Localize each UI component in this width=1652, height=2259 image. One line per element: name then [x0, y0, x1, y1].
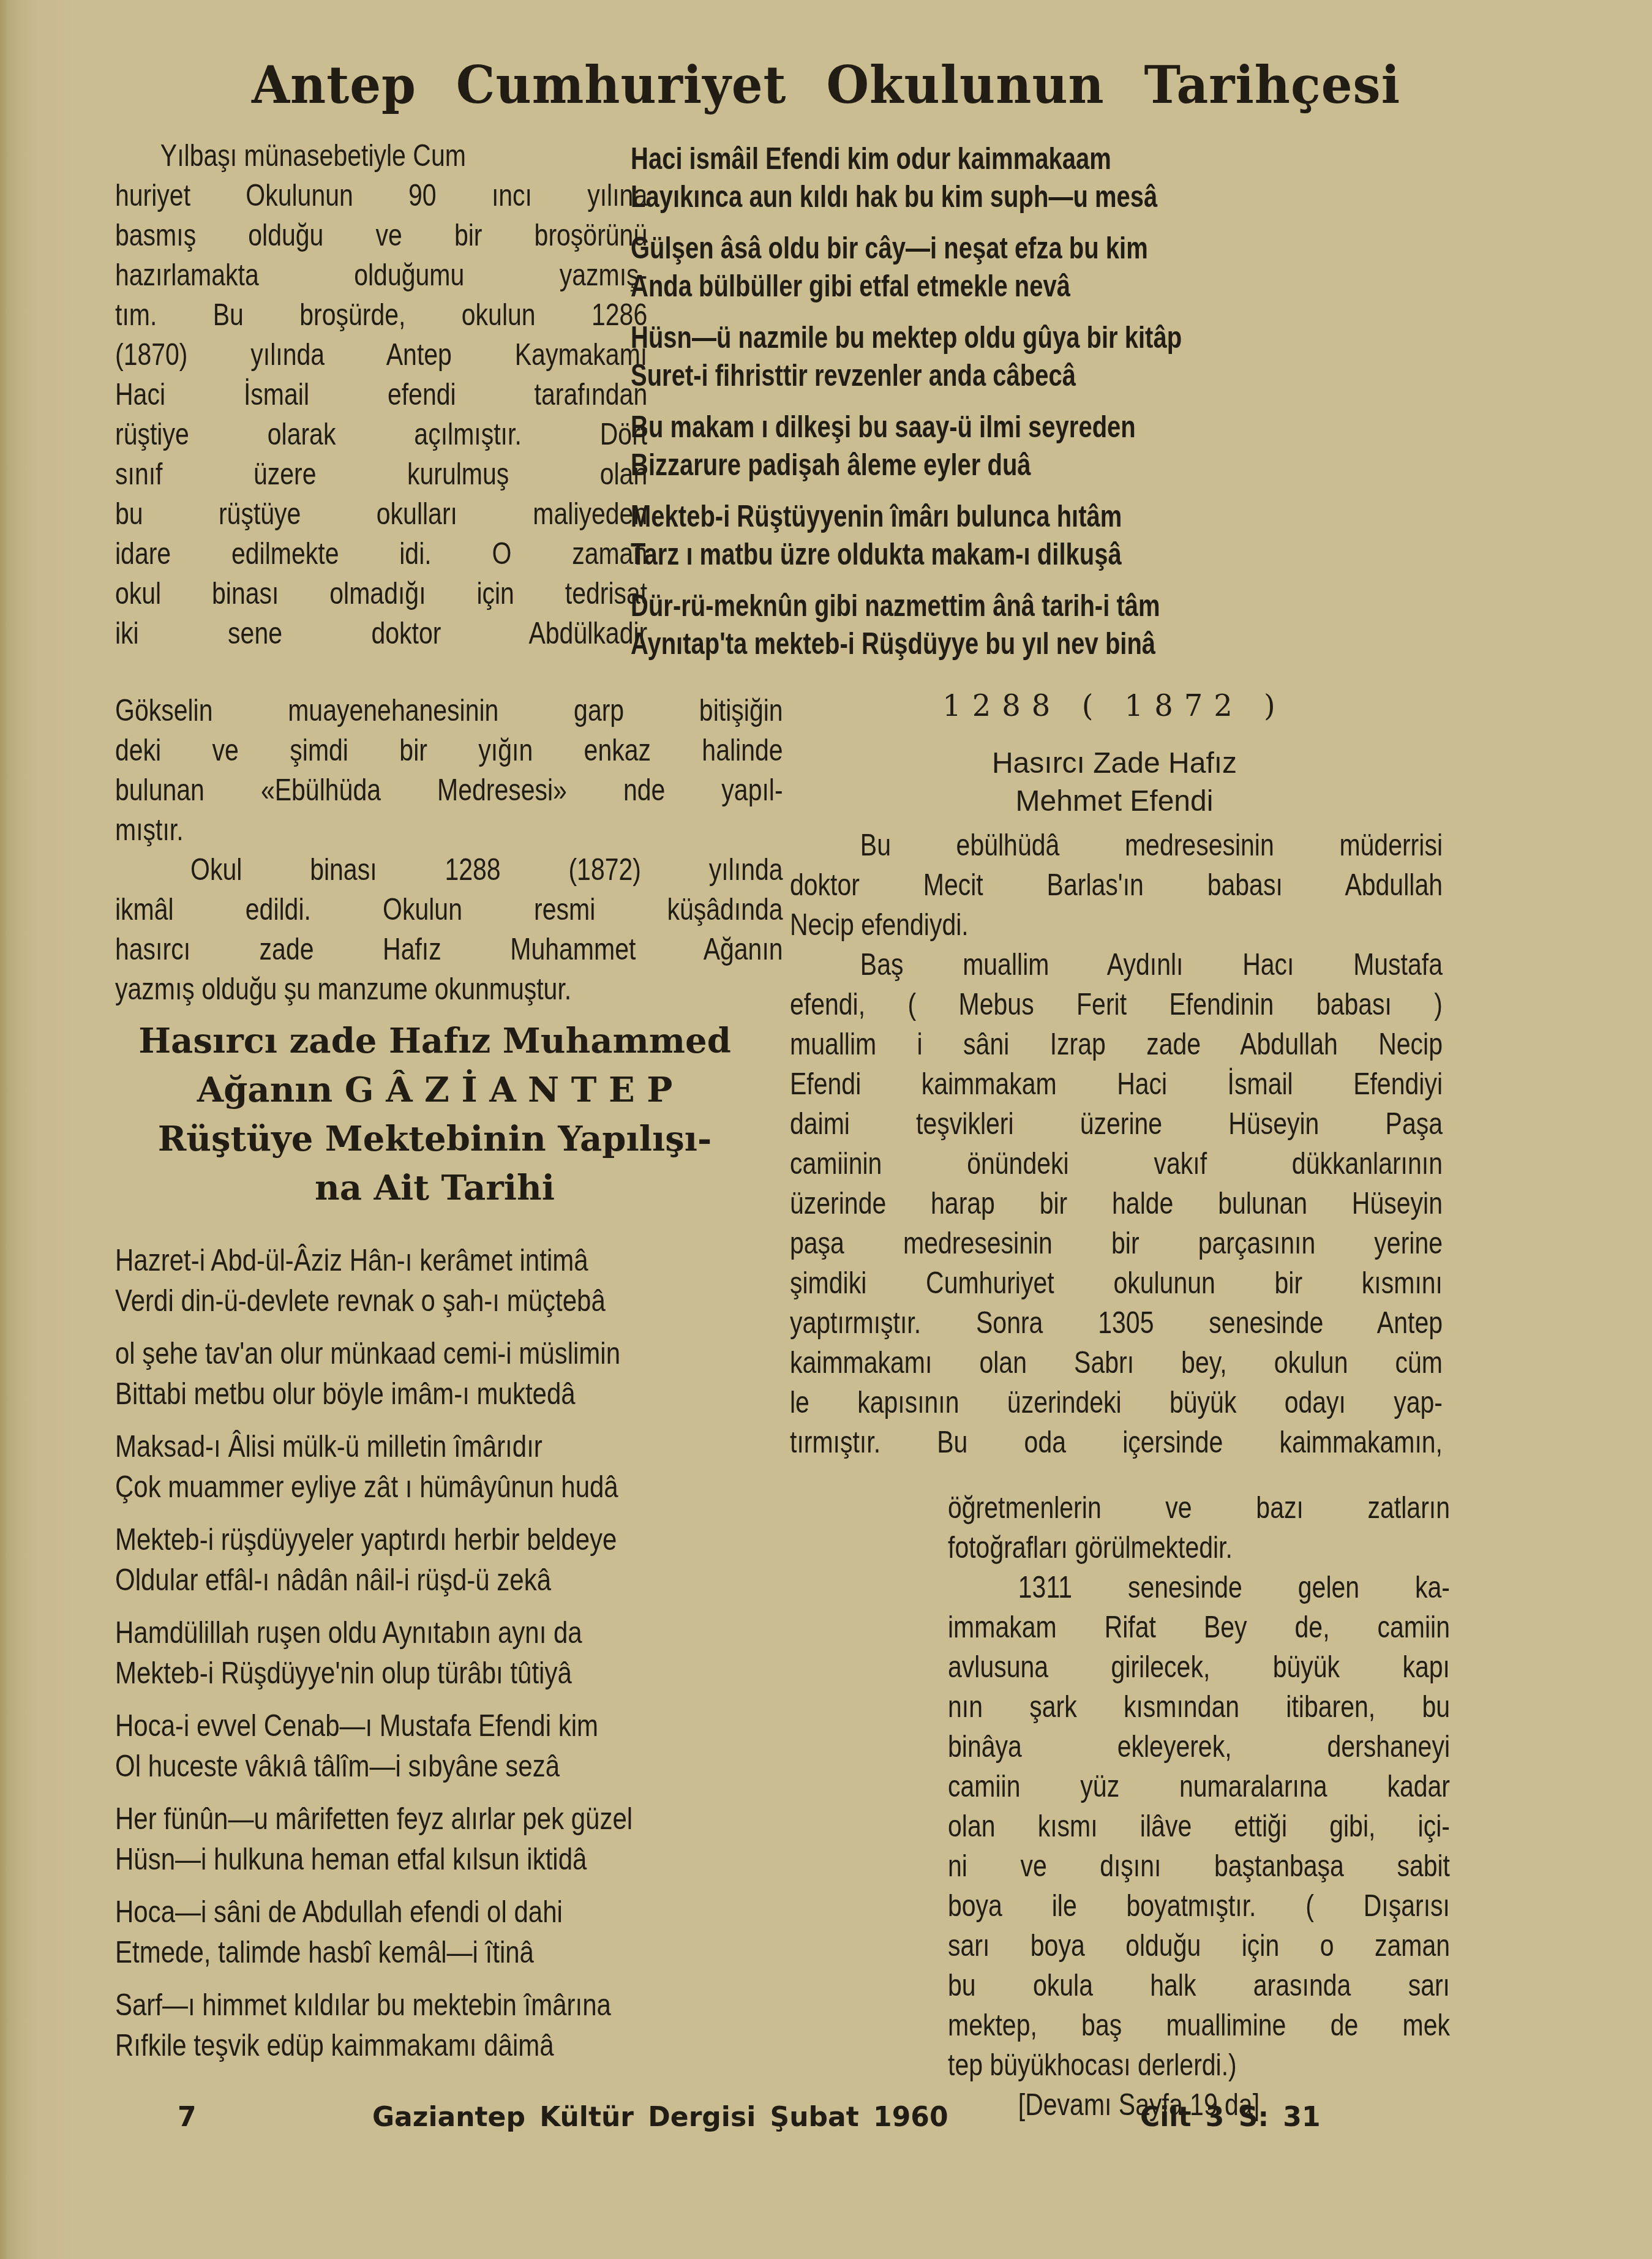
text-line: avlusuna girilecek, büyük kapı [948, 1647, 1450, 1687]
signature-name-line1: Hasırcı Zade Hafız [790, 745, 1439, 783]
stanza: Bu makam ı dilkeşi bu saay-ü ilmi seyred… [631, 408, 1182, 484]
text-line: tım. Bu broşürde, okulun 1286 [115, 295, 647, 335]
intro-paragraph: Yılbaşı münasebetiyle Cum huriyet Okulun… [115, 136, 647, 653]
text-line: 1311 senesinde gelen ka- [948, 1568, 1450, 1607]
heading-line: na Ait Tarihi [110, 1163, 759, 1212]
verse-line: Verdi din-ü-devlete revnak o şah-ı müçte… [115, 1280, 633, 1321]
text-line: deki ve şimdi bir yığın enkaz halinde [115, 731, 783, 770]
text-line: öğretmenlerin ve bazı zatların [948, 1488, 1450, 1528]
text-line: hasırcı zade Hafız Muhammet Ağanın [115, 930, 783, 969]
verse-line: Mekteb-i Rüşdüyye'nin olup türâbı tûtiyâ [115, 1653, 633, 1693]
continuation-paragraph: Gökselin muayenehanesinin garp bitişiğin… [115, 691, 783, 1009]
verse-line: Aynıtap'ta mekteb-i Rüşdüyye bu yıl nev … [631, 625, 1182, 663]
stanza: Sarf—ı himmet kıldılar bu mektebin îmârı… [115, 1985, 633, 2065]
verse-line: Sarf—ı himmet kıldılar bu mektebin îmârı… [115, 1985, 633, 2025]
text-line: camiin yüz numaralarına kadar [948, 1767, 1450, 1806]
verse-line: Oldular etfâl-ı nâdân nâil-i rüşd-ü zekâ [115, 1560, 633, 1600]
text-line: (1870) yılında Antep Kaymakamı [115, 335, 647, 375]
stanza: Haci ismâil Efendi kim odur kaimmakaamLa… [631, 140, 1182, 216]
section-heading: Hasırcı zade Hafız Muhammed Ağanın G Â Z… [110, 1017, 759, 1212]
verse-line: Rıfkile teşvik edüp kaimmakamı dâimâ [115, 2025, 633, 2065]
text-line: tırmıştır. Bu oda içersinde kaimmakamın, [790, 1423, 1443, 1462]
text-line: okul binası olmadığı için tedrisat [115, 574, 647, 614]
text-line: yazmış olduğu şu manzume okunmuştur. [115, 969, 783, 1009]
stanza: Hoca—i sâni de Abdullah efendi ol dahiEt… [115, 1892, 633, 1972]
text-line: boya ile boyatmıştır. ( Dışarısı [948, 1886, 1450, 1926]
stanza: Gülşen âsâ oldu bir cây—i neşat efza bu … [631, 229, 1182, 305]
stanza: ol şehe tav'an olur münkaad cemi-i müsli… [115, 1333, 633, 1414]
text-line: Okul binası 1288 (1872) yılında [115, 850, 783, 890]
text-line: bu rüştüye okulları maliyeden [115, 494, 647, 534]
text-line: Haci İsmail efendi tarafından [115, 375, 647, 415]
signature-block: 1288 ( 1872 ) Hasırcı Zade Hafız Mehmet … [790, 685, 1439, 821]
text-line: Yılbaşı münasebetiyle Cum [115, 136, 647, 176]
verse-line: Etmede, talimde hasbî kemâl—i îtinâ [115, 1932, 633, 1972]
verse-line: Maksad-ı Âlisi mülk-ü milletin îmârıdır [115, 1426, 633, 1467]
verse-line: Hazret-i Abd-ül-Âziz Hân-ı kerâmet intim… [115, 1240, 633, 1280]
text-line: efendi, ( Mebus Ferit Efendinin babası ) [790, 985, 1443, 1024]
stanza: Dür-rü-meknûn gibi nazmettim ânâ tarih-i… [631, 587, 1182, 663]
volume-issue: Cilt 3 S: 31 [1140, 2102, 1321, 2133]
poem-top-right: Haci ismâil Efendi kim odur kaimmakaamLa… [631, 140, 1182, 676]
text-line: idare edilmekte idi. O zaman [115, 534, 647, 574]
verse-line: Hamdülillah ruşen oldu Aynıtabın aynı da [115, 1612, 633, 1653]
verse-line: Bittabi metbu olur böyle imâm-ı muktedâ [115, 1374, 633, 1414]
poem-left: Hazret-i Abd-ül-Âziz Hân-ı kerâmet intim… [115, 1240, 633, 2078]
verse-line: Hüsn—ü nazmile bu mektep oldu gûya bir k… [631, 318, 1182, 356]
publication-line: Gaziantep Kültür Dergisi Şubat 1960 [372, 2102, 948, 2133]
text-line: sarı boya olduğu için o zaman [948, 1926, 1450, 1966]
stanza: Hoca-i evvel Cenab—ı Mustafa Efendi kimO… [115, 1705, 633, 1786]
text-line: rüştiye olarak açılmıştır. Dört [115, 415, 647, 454]
verse-line: Hoca—i sâni de Abdullah efendi ol dahi [115, 1892, 633, 1932]
stanza: Hazret-i Abd-ül-Âziz Hân-ı kerâmet intim… [115, 1240, 633, 1321]
text-line: immakam Rifat Bey de, camiin [948, 1607, 1450, 1647]
text-line: basmış olduğu ve bir broşörünü [115, 216, 647, 255]
verse-line: ol şehe tav'an olur münkaad cemi-i müsli… [115, 1333, 633, 1374]
text-line: Necip efendiydi. [790, 905, 1443, 945]
verse-line: Mekteb-i rüşdüyyeler yaptırdı herbir bel… [115, 1519, 633, 1560]
right-body: Bu ebülhüdâ medresesinin müderrisi dokto… [790, 825, 1443, 1462]
text-line: hazırlamakta olduğumu yazmış- [115, 255, 647, 295]
text-line: camiinin önündeki vakıf dükkanlarının [790, 1144, 1443, 1184]
verse-line: Bizzarure padişah âleme eyler duâ [631, 446, 1182, 484]
verse-line: Anda bülbüller gibi etfal etmekle nevâ [631, 267, 1182, 305]
text-line: Gökselin muayenehanesinin garp bitişiğin [115, 691, 783, 731]
text-line: mektep, baş muallimine de mek [948, 2005, 1450, 2045]
page-number: 7 [178, 2102, 197, 2133]
text-line: binâya ekleyerek, dershaneyi [948, 1727, 1450, 1767]
stanza: Maksad-ı Âlisi mülk-ü milletin îmârıdırÇ… [115, 1426, 633, 1507]
stanza: Hamdülillah ruşen oldu Aynıtabın aynı da… [115, 1612, 633, 1693]
text-line: Efendi kaimmakam Haci İsmail Efendiyi [790, 1064, 1443, 1104]
text-line: paşa medresesinin bir parçasının yerine [790, 1223, 1443, 1263]
text-line: muallim i sâni Izrap zade Abdullah Necip [790, 1024, 1443, 1064]
verse-line: Tarz ı matbu üzre oldukta makam-ı dilkuş… [631, 535, 1182, 573]
text-line: mıştır. [115, 810, 783, 850]
text-line: daimi teşvikleri üzerine Hüseyin Paşa [790, 1104, 1443, 1144]
text-line: tep büyükhocası derlerdi.) [948, 2045, 1450, 2085]
text-line: doktor Mecit Barlas'ın babası Abdullah [790, 865, 1443, 905]
verse-line: Suret-i fihristtir revzenler anda câbecâ [631, 356, 1182, 394]
text-line: bu okula halk arasında sarı [948, 1966, 1450, 2005]
stanza: Mekteb-i Rüştüyyenin îmârı bulunca hıtâm… [631, 497, 1182, 573]
right-body-narrow: öğretmenlerin ve bazı zatların fotoğrafl… [948, 1488, 1450, 2125]
signature-date: 1288 ( 1872 ) [790, 685, 1439, 727]
heading-line: Rüştüye Mektebinin Yapılışı- [110, 1114, 759, 1163]
page-title: Antep Cumhuriyet Okulunun Tarihçesi [0, 55, 1652, 116]
text-line: huriyet Okulunun 90 ıncı yılına [115, 176, 647, 216]
verse-line: Her fünûn—u mârifetten feyz alırlar pek … [115, 1799, 633, 1839]
text-line: şimdiki Cumhuriyet okulunun bir kısmını [790, 1263, 1443, 1303]
verse-line: Ol huceste vâkıâ tâlîm—i sıbyâne sezâ [115, 1746, 633, 1786]
text-line: Bu ebülhüdâ medresesinin müderrisi [790, 825, 1443, 865]
verse-line: Hoca-i evvel Cenab—ı Mustafa Efendi kim [115, 1705, 633, 1746]
text-line: le kapısının üzerindeki büyük odayı yap- [790, 1383, 1443, 1423]
text-line: nın şark kısmından itibaren, bu [948, 1687, 1450, 1727]
text-line: olan kısmı ilâve ettiği gibi, içi- [948, 1806, 1450, 1846]
verse-line: Çok muammer eyliye zât ı hümâyûnun hudâ [115, 1467, 633, 1507]
heading-line: Hasırcı zade Hafız Muhammed [110, 1017, 759, 1066]
text-line: ni ve dışını baştanbaşa sabit [948, 1846, 1450, 1886]
text-line: üzerinde harap bir halde bulunan Hüseyin [790, 1184, 1443, 1223]
text-line: kaimmakamı olan Sabrı bey, okulun cüm [790, 1343, 1443, 1383]
text-line: yaptırmıştır. Sonra 1305 senesinde Antep [790, 1303, 1443, 1343]
stanza: Her fünûn—u mârifetten feyz alırlar pek … [115, 1799, 633, 1879]
verse-line: Hüsn—i hulkuna heman etfal kılsun iktidâ [115, 1839, 633, 1879]
stanza: Hüsn—ü nazmile bu mektep oldu gûya bir k… [631, 318, 1182, 394]
signature-name-line2: Mehmet Efendi [790, 783, 1439, 821]
verse-line: Haci ismâil Efendi kim odur kaimmakaam [631, 140, 1182, 178]
stanza: Mekteb-i rüşdüyyeler yaptırdı herbir bel… [115, 1519, 633, 1600]
verse-line: Layıkınca aun kıldı hak bu kim suph—u me… [631, 178, 1182, 216]
text-line: bulunan «Ebülhüda Medresesi» nde yapıl- [115, 770, 783, 810]
text-line: fotoğrafları görülmektedir. [948, 1528, 1450, 1568]
heading-line: Ağanın G Â Z İ A N T E P [110, 1066, 759, 1114]
text-line: Baş muallim Aydınlı Hacı Mustafa [790, 945, 1443, 985]
verse-line: Dür-rü-meknûn gibi nazmettim ânâ tarih-i… [631, 587, 1182, 625]
verse-line: Bu makam ı dilkeşi bu saay-ü ilmi seyred… [631, 408, 1182, 446]
text-line: iki sene doktor Abdülkadir [115, 614, 647, 653]
verse-line: Gülşen âsâ oldu bir cây—i neşat efza bu … [631, 229, 1182, 267]
text-line: sınıf üzere kurulmuş olan [115, 454, 647, 494]
text-line: ikmâl edildi. Okulun resmi küşâdında [115, 890, 783, 930]
verse-line: Mekteb-i Rüştüyyenin îmârı bulunca hıtâm [631, 497, 1182, 535]
